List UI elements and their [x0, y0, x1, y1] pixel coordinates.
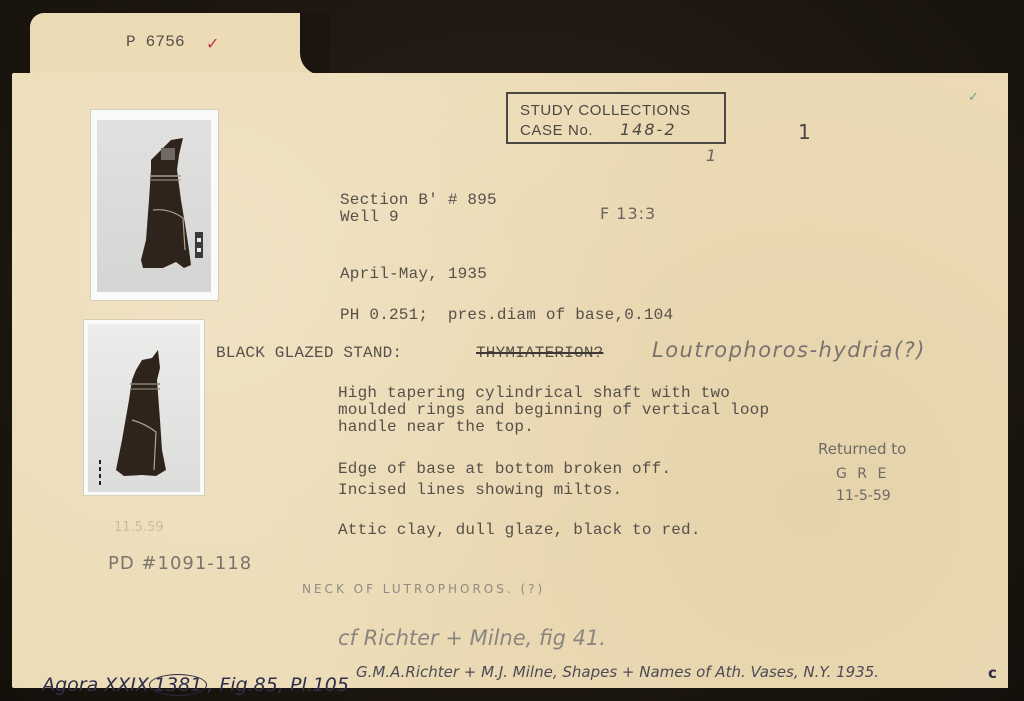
neck-note: NECK OF LUTROPHOROS. (?) [302, 582, 545, 596]
condition-line-1: Edge of base at bottom broken off. [338, 461, 671, 478]
pd-number: PD #1091-118 [108, 553, 252, 574]
description-line-2: moulded rings and beginning of vertical … [338, 402, 769, 419]
black-stand-fragment-image [91, 110, 218, 300]
stamp-case-number: 148-2 [620, 120, 677, 139]
object-title: BLACK GLAZED STAND: [216, 345, 402, 362]
stamp-title: STUDY COLLECTIONS [520, 102, 691, 119]
well-line: Well 9 [340, 209, 399, 226]
fabric-line: Attic clay, dull glaze, black to red. [338, 522, 701, 539]
agora-volume: Agora XXIX [42, 674, 149, 696]
agora-figure-plate: , Fig.85, Pl.105 [207, 674, 349, 696]
stamp-case-label: CASE No. [520, 122, 593, 139]
richter-milne-reference: cf Richter + Milne, fig 41. [338, 626, 606, 650]
section-line: Section B' # 895 [340, 192, 497, 209]
faint-date: 11.5.59 [114, 520, 164, 535]
red-check-icon: ✓ [206, 34, 219, 53]
returned-note-line-2: G R E [836, 466, 889, 482]
card-tab-notch [300, 13, 330, 75]
study-collections-stamp: STUDY COLLECTIONS CASE No. 148-2 [506, 92, 726, 144]
stamp-mark: 1 [706, 146, 716, 165]
grid-reference: F 13:3 [600, 204, 656, 223]
returned-note-line-3: 11-5-59 [836, 488, 891, 504]
photo-stand-fragment-1 [91, 110, 218, 300]
returned-note-line-1: Returned to [818, 440, 906, 458]
corner-letter: c [988, 664, 997, 682]
agora-catalog-number: 1381 [149, 674, 207, 696]
agora-reference: Agora XXIX1381, Fig.85, Pl.105 [30, 652, 349, 696]
condition-line-2: Incised lines showing miltos. [338, 482, 622, 499]
handwritten-title: Loutrophoros-hydria(?) [652, 338, 926, 362]
description-line-3: handle near the top. [338, 419, 534, 436]
black-stand-fragment-image [84, 320, 204, 495]
corner-mark: 1 [798, 120, 811, 144]
green-check-icon: ✓ [968, 90, 979, 105]
measurements: PH 0.251; pres.diam of base,0.104 [340, 307, 673, 324]
photo-stand-fragment-2 [84, 320, 204, 495]
struck-title: THYMIATERION? [476, 345, 603, 362]
description-line-1: High tapering cylindrical shaft with two [338, 385, 730, 402]
excavation-date: April-May, 1935 [340, 266, 487, 283]
inventory-number: P 6756 [126, 34, 185, 51]
bibliography: G.M.A.Richter + M.J. Milne, Shapes + Nam… [356, 663, 879, 681]
